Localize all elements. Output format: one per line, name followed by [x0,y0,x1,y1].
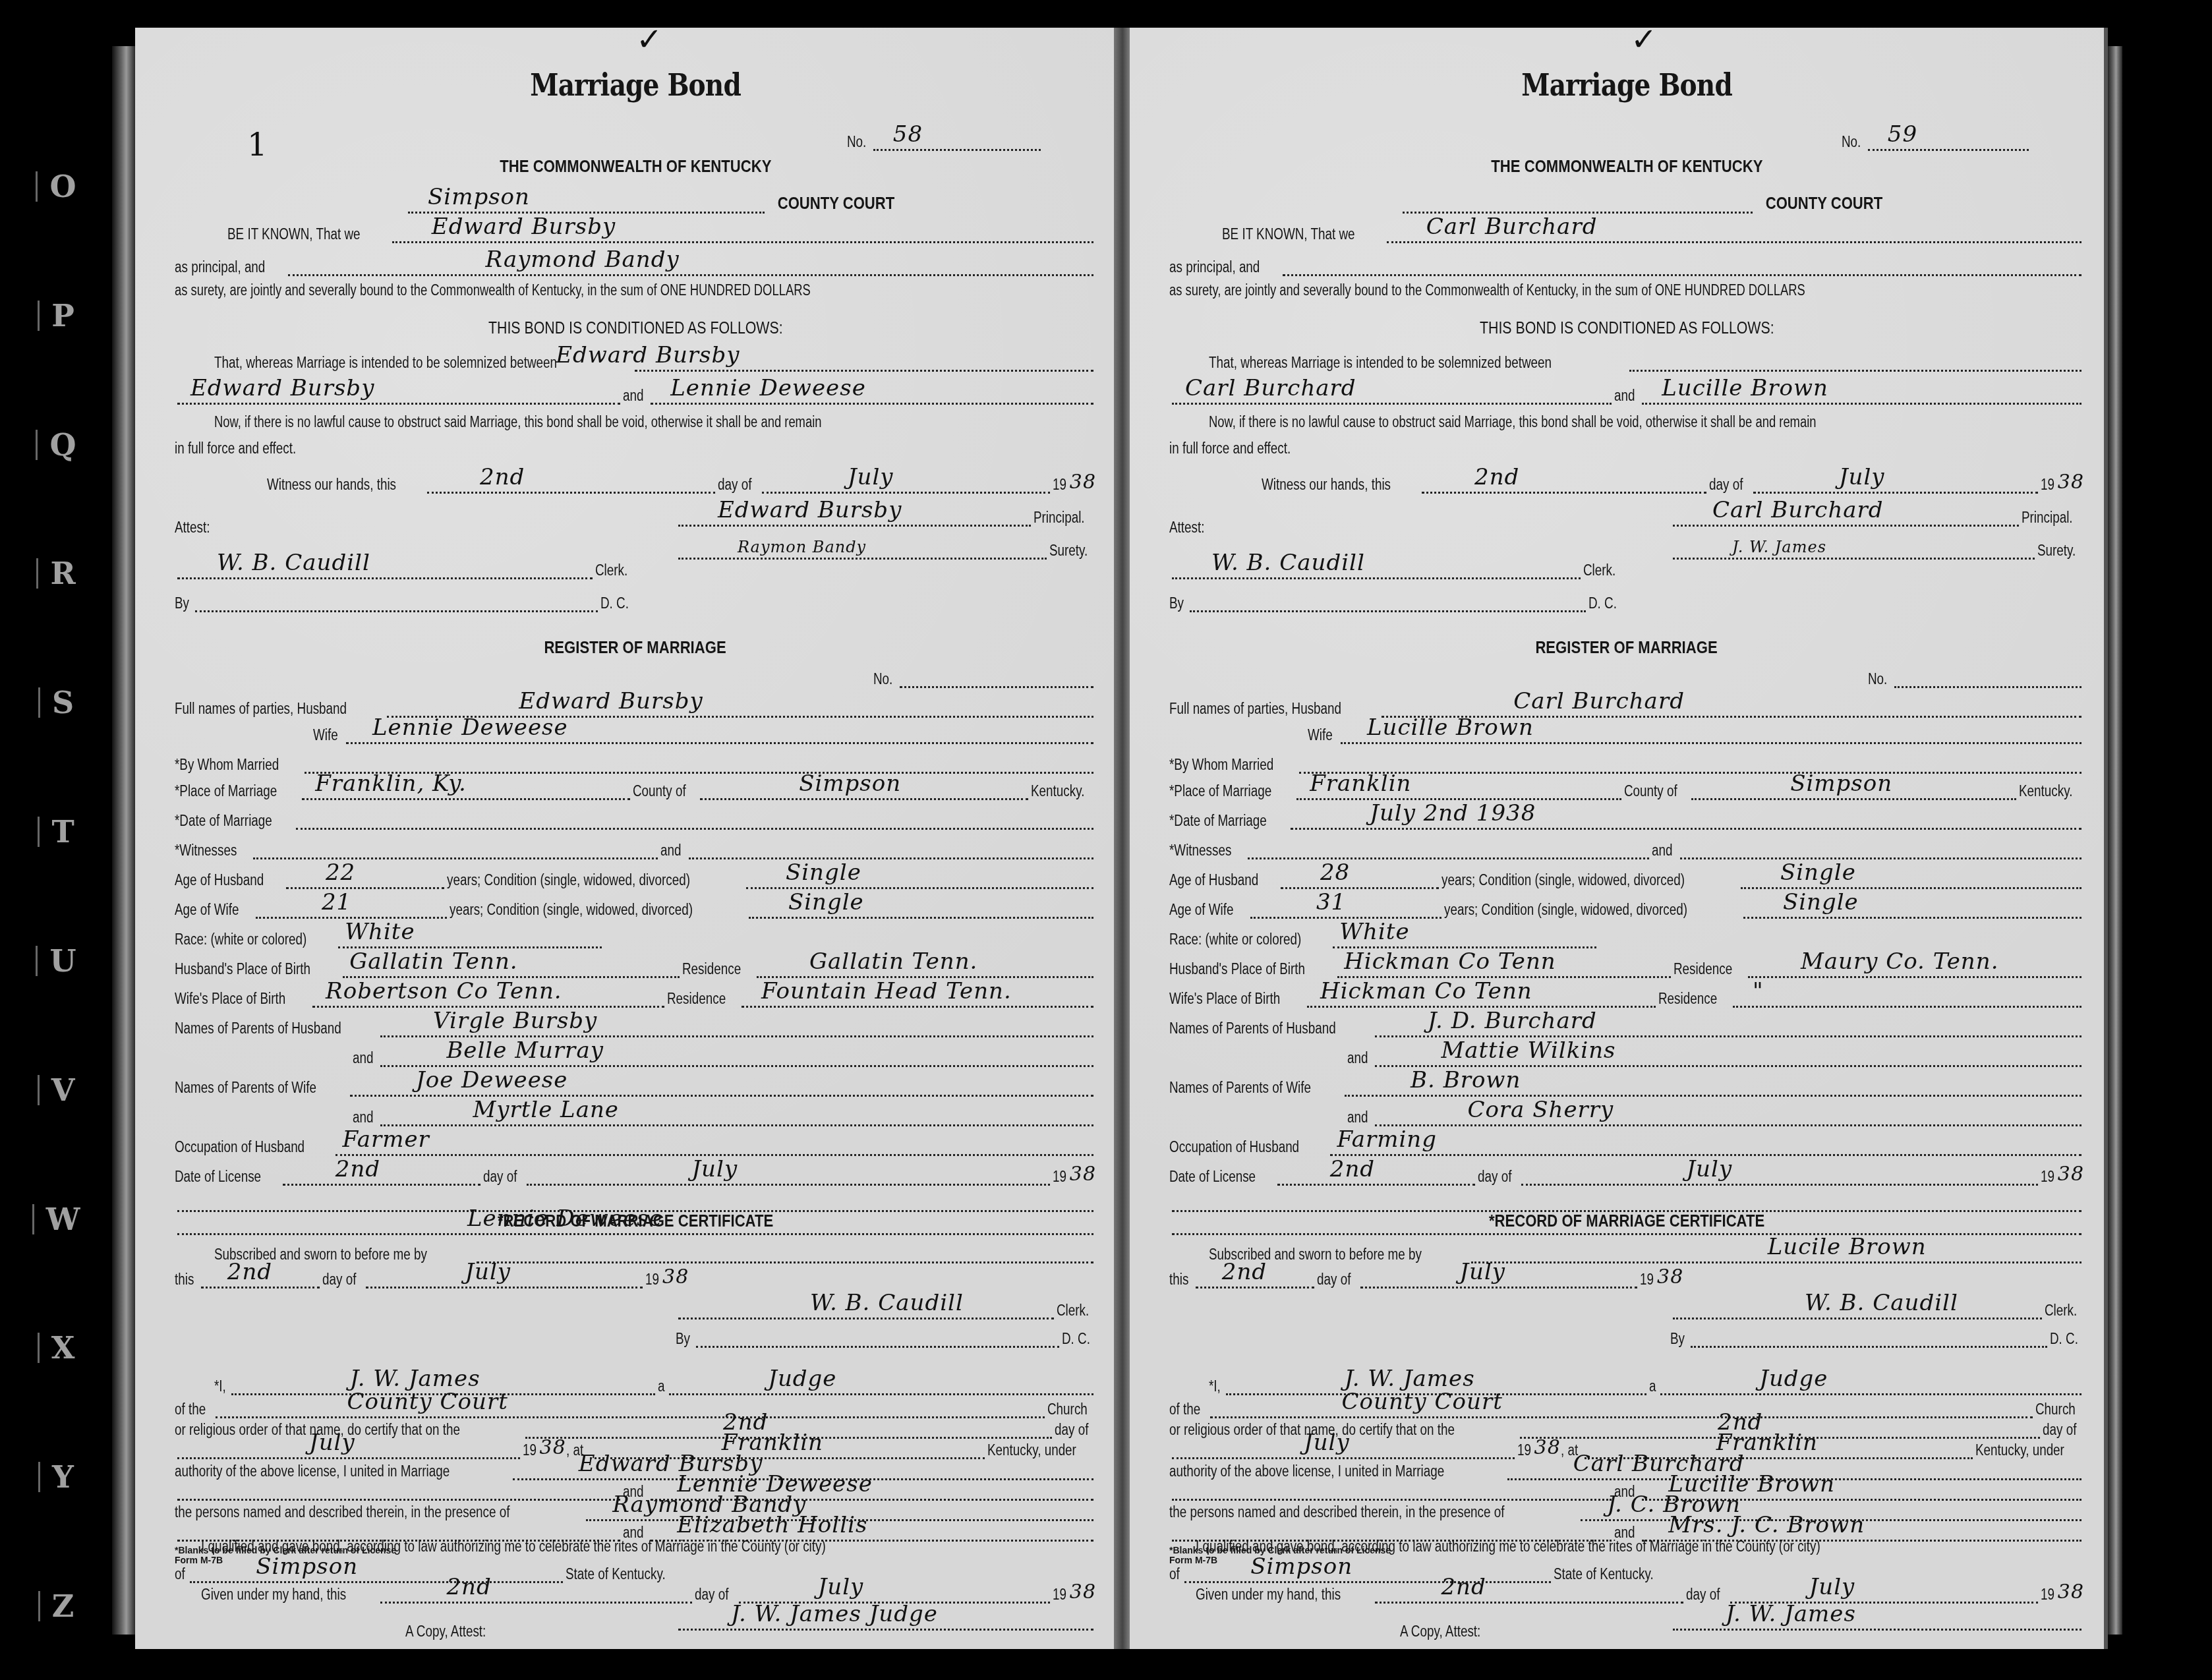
index-tab-v: V [38,1075,75,1105]
cert-church: County Court [1342,1389,1503,1415]
sworn-clerk-signature: W. B. Caudill [1805,1290,1958,1316]
year-prefix-label: 19 [2041,1586,2054,1604]
register-husband-name: Carl Burchard [1513,688,1685,714]
husband-father: J. D. Burchard [1428,1008,1597,1034]
index-tab-t: T [38,817,74,847]
given-under-label: Given under my hand, this [201,1586,346,1604]
parents-wife-label: Names of Parents of Wife [1169,1079,1311,1097]
year-prefix-label: 19 [645,1271,659,1289]
years-condition-label: years; Condition (single, widowed, divor… [1444,901,1687,919]
register-wife-name: Lucille Brown [1367,714,1534,741]
county-of-label: County of [633,782,686,800]
conditioned-heading: THIS BOND IS CONDITIONED AS FOLLOWS: [488,318,783,338]
occupation-of-husband: Farmer [342,1126,429,1153]
principal-label: Principal. [2022,509,2073,527]
cert-month: July [309,1430,355,1456]
race-value: White [345,919,415,945]
witness-hands-label: Witness our hands, this [267,476,396,494]
witness-day: 2nd [480,464,525,490]
be-it-known-label: BE IT KNOWN, That we [1222,225,1355,243]
day-of-label: day of [1686,1586,1720,1604]
cert-signature: J. W. James Judge [731,1601,938,1627]
county-value: Simpson [428,184,530,210]
index-tab-w: W [32,1204,80,1234]
certificate-heading: *RECORD OF MARRIAGE CERTIFICATE [1489,1211,1764,1231]
wife-father: Joe Deweese [416,1067,568,1093]
witness-year: 38 [1070,471,1096,494]
sworn-day: 2nd [1222,1259,1267,1285]
date-license-label: Date of License [175,1168,261,1186]
date-of-marriage-label: *Date of Marriage [175,812,272,830]
license-day: 2nd [1330,1156,1375,1182]
and-label: and [353,1049,373,1067]
surety-signature: J. W. James [1732,538,1826,556]
as-principal-label: as principal, and [175,258,265,276]
copy-attest-label: A Copy, Attest: [1400,1623,1480,1640]
bond-number: 59 [1888,121,1917,148]
parents-husband-label: Names of Parents of Husband [1169,1020,1336,1037]
occupation-label: Occupation of Husband [1169,1138,1299,1156]
county-court-label: COUNTY COURT [1766,193,1883,214]
years-condition-label: years; Condition (single, widowed, divor… [447,871,690,889]
clerk-label: Clerk. [1583,562,1615,579]
year-prefix-label: 19 [1640,1271,1654,1289]
principal-name: Carl Burchard [1426,214,1598,240]
cert-signature: J. W. James [1726,1601,1856,1627]
right-page-bond-59: ✓ Marriage Bond No. 59 THE COMMONWEALTH … [1130,28,2108,1649]
footnote: *Blanks to be filled by Clerk after retu… [1169,1546,1391,1566]
witnesses-label: *Witnesses [175,842,237,859]
between-line1: Edward Bursby [556,342,740,368]
wife-label: Wife [1308,726,1333,744]
marriage-bond-form: 1 ✓ Marriage Bond No. 58 THE COMMONWEALT… [175,28,1096,1649]
copy-attest-label: A Copy, Attest: [405,1623,486,1640]
bond-number: 58 [893,121,923,148]
residence-label: Residence [1674,960,1732,978]
check-mark: ✓ [636,21,662,58]
day-of-label: day of [1478,1168,1511,1186]
marriage-bond-form: ✓ Marriage Bond No. 59 THE COMMONWEALTH … [1169,28,2084,1649]
cert-title: Judge [768,1366,836,1392]
year-prefix: 19 [1053,476,1066,494]
by-whom-label: *By Whom Married [175,756,279,774]
commonwealth-heading: THE COMMONWEALTH OF KENTUCKY [500,156,771,177]
clerk-label: Clerk. [595,562,627,579]
witness-hands-label: Witness our hands, this [1262,476,1391,494]
race-label: Race: (white or colored) [1169,931,1301,948]
and-label: and [660,842,681,859]
wife-birth-label: Wife's Place of Birth [175,990,285,1008]
alphabet-index-tabs: OPQRSTUVWXYZ [26,171,86,1621]
register-heading: REGISTER OF MARRIAGE [1536,637,1718,658]
date-license-label: Date of License [1169,1168,1256,1186]
residence-label: Residence [1658,990,1717,1008]
occupation-label: Occupation of Husband [175,1138,305,1156]
husband-birth-label: Husband's Place of Birth [175,960,310,978]
day-of-label: day of [695,1586,728,1604]
license-day: 2nd [335,1156,380,1182]
principal-signature: Carl Burchard [1712,497,1884,523]
cert-witness-2: Elizabeth Hollis [677,1512,867,1538]
register-place: Franklin, Ky. [315,770,467,797]
kentucky-label: Kentucky. [1031,782,1084,800]
cert-church: County Court [347,1389,508,1415]
given-year: 38 [2058,1580,2084,1604]
book-gutter [1114,28,1131,1649]
residence-label: Residence [667,990,726,1008]
register-date: July 2nd 1938 [1370,800,1536,826]
witnesses-label: *Witnesses [1169,842,1231,859]
day-of-label: day of [483,1168,517,1186]
dc-label: D. C. [600,594,629,612]
register-place: Franklin [1310,770,1411,797]
surety-name: Raymond Bandy [486,246,680,273]
county-of-label: County of [1624,782,1677,800]
license-year: 38 [2058,1163,2084,1186]
sworn-month: July [1459,1259,1505,1285]
given-day: 2nd [1441,1574,1486,1600]
index-tab-u: U [36,946,76,976]
by-label: By [175,594,189,612]
form-title: Marriage Bond [1521,67,1732,103]
parents-husband-label: Names of Parents of Husband [175,1020,341,1037]
footnote: *Blanks to be filled by Clerk after retu… [175,1546,396,1566]
day-of-label: day of [718,476,751,494]
wife-residence: Fountain Head Tenn. [761,978,1012,1004]
index-tab-o: O [36,171,76,202]
certificate-heading: *RECORD OF MARRIAGE CERTIFICATE [498,1211,773,1231]
bride-name: Lennie Deweese [670,375,866,401]
cert-officiant: J. W. James [1345,1366,1475,1392]
be-it-known-label: BE IT KNOWN, That we [227,225,361,243]
clerk-label: Clerk. [1057,1302,1089,1319]
full-force-label: in full force and effect. [175,440,296,457]
sworn-by: Lucile Brown [1768,1234,1927,1260]
witness-month: July [1839,464,1885,490]
age-of-husband: 22 [326,859,355,886]
cert-officiant: J. W. James [350,1366,480,1392]
void-clause: Now, if there is no lawful cause to obst… [214,413,822,431]
register-county: Simpson [1790,770,1892,797]
index-tab-x: X [38,1333,75,1363]
condition-of-wife: Single [1783,889,1859,915]
witness-day: 2nd [1474,464,1519,490]
age-husband-label: Age of Husband [175,871,264,889]
register-no-label: No. [873,670,892,688]
index-tab-y: Y [38,1462,74,1492]
place-of-marriage-label: *Place of Marriage [175,782,277,800]
husband-mother: Mattie Wilkins [1441,1037,1615,1064]
surety-label: Surety. [2037,542,2076,560]
this-label: this [175,1271,194,1289]
residence-label: Residence [682,960,741,978]
given-year: 38 [1070,1580,1096,1604]
wife-place-of-birth: Robertson Co Tenn. [326,978,562,1004]
parents-wife-label: Names of Parents of Wife [175,1079,316,1097]
check-mark: ✓ [1631,21,1657,58]
this-label: this [1169,1271,1188,1289]
year-prefix-label: 19 [1053,1168,1066,1186]
date-of-marriage-label: *Date of Marriage [1169,812,1267,830]
surety-clause: as surety, are jointly and severally bou… [1169,281,1805,299]
wife-mother: Cora Sherry [1467,1097,1614,1123]
register-husband-name: Edward Bursby [519,688,703,714]
husband-residence: Gallatin Tenn. [809,948,977,975]
years-condition-label: years; Condition (single, widowed, divor… [450,901,693,919]
attest-clerk-signature: W. B. Caudill [1211,550,1365,576]
year-prefix: 19 [2041,476,2054,494]
index-tab-r: R [36,558,75,589]
index-tab-s: S [38,687,74,718]
license-month: July [691,1156,738,1182]
race-label: Race: (white or colored) [175,931,306,948]
given-month: July [1809,1574,1855,1600]
wife-birth-label: Wife's Place of Birth [1169,990,1280,1008]
given-month: July [818,1574,864,1600]
husband-mother: Belle Murray [446,1037,603,1064]
index-tab-q: Q [36,430,76,460]
year-prefix-label: 19 [2041,1168,2054,1186]
county-court-label: COUNTY COURT [778,193,895,214]
full-names-label: Full names of parties, Husband [175,700,347,718]
given-under-label: Given under my hand, this [1196,1586,1341,1604]
full-force-label: in full force and effect. [1169,440,1291,457]
place-of-marriage-label: *Place of Marriage [1169,782,1271,800]
sworn-clerk-signature: W. B. Caudill [810,1290,964,1316]
register-no-label: No. [1868,670,1887,688]
void-clause: Now, if there is no lawful cause to obst… [1209,413,1817,431]
groom-name: Carl Burchard [1185,375,1356,401]
year-prefix-label: 19 [1053,1586,1066,1604]
conditioned-heading: THIS BOND IS CONDITIONED AS FOLLOWS: [1480,318,1774,338]
bond-no-label: No. [1842,133,1861,151]
witness-year: 38 [2058,471,2084,494]
day-of-label: day of [1709,476,1743,494]
wife-mother: Myrtle Lane [473,1097,619,1123]
dc-label: D. C. [1062,1330,1090,1348]
attest-label: Attest: [1169,519,1204,536]
surety-label: Surety. [1049,542,1088,560]
index-tab-z: Z [38,1591,74,1621]
clerk-label: Clerk. [2045,1302,2077,1319]
condition-of-husband: Single [786,859,861,886]
years-condition-label: years; Condition (single, widowed, divor… [1441,871,1685,889]
by-label: By [1670,1330,1685,1348]
form-title: Marriage Bond [530,67,741,103]
and-label: and [1347,1049,1368,1067]
by-label: By [676,1330,690,1348]
bond-no-label: No. [847,133,866,151]
occupation-of-husband: Farming [1337,1126,1437,1153]
day-of-label: day of [1317,1271,1351,1289]
license-month: July [1686,1156,1732,1182]
as-principal-label: as principal, and [1169,258,1260,276]
license-year: 38 [1070,1163,1096,1186]
husband-place-of-birth: Hickman Co Tenn [1344,948,1556,975]
age-husband-label: Age of Husband [1169,871,1258,889]
condition-of-wife: Single [788,889,864,915]
principal-name: Edward Bursby [432,214,616,240]
bride-name: Lucille Brown [1662,375,1828,401]
day-of-label: day of [322,1271,356,1289]
book-edge-left [112,46,136,1635]
age-wife-label: Age of Wife [1169,901,1233,919]
whereas-label: That, whereas Marriage is intended to be… [1209,354,1552,372]
of-label: of [175,1565,185,1583]
husband-residence: Maury Co. Tenn. [1801,948,1999,975]
register-wife-name: Lennie Deweese [372,714,568,741]
index-tab-p: P [38,301,74,331]
cert-a-label: a [658,1377,664,1395]
condition-of-husband: Single [1780,859,1856,886]
attest-clerk-signature: W. B. Caudill [217,550,370,576]
race-value: White [1339,919,1410,945]
kentucky-label: Kentucky. [2019,782,2072,800]
of-label: of [1169,1565,1180,1583]
sworn-day: 2nd [227,1259,272,1285]
husband-place-of-birth: Gallatin Tenn. [349,948,517,975]
full-names-label: Full names of parties, Husband [1169,700,1341,718]
and-label: and [1347,1109,1368,1126]
principal-label: Principal. [1033,509,1085,527]
groom-name: Edward Bursby [190,375,374,401]
register-heading: REGISTER OF MARRIAGE [544,637,726,658]
by-whom-label: *By Whom Married [1169,756,1273,774]
and-label: and [1614,387,1635,405]
book-edge-right [2107,46,2122,1635]
wife-residence: " [1753,978,1764,1004]
register-county: Simpson [799,770,901,797]
dc-label: D. C. [2050,1330,2078,1348]
age-of-husband: 28 [1320,859,1350,886]
wife-label: Wife [313,726,338,744]
age-of-wife: 31 [1316,889,1346,915]
age-wife-label: Age of Wife [175,901,239,919]
cert-i-label: *I, [214,1377,226,1395]
husband-father: Virgle Bursby [433,1008,597,1034]
cert-month: July [1304,1430,1350,1456]
and-label: and [353,1109,373,1126]
principal-signature: Edward Bursby [718,497,902,523]
cert-a-label: a [1649,1377,1656,1395]
whereas-label: That, whereas Marriage is intended to be… [214,354,557,372]
husband-birth-label: Husband's Place of Birth [1169,960,1305,978]
age-of-wife: 21 [322,889,351,915]
wife-place-of-birth: Hickman Co Tenn [1320,978,1532,1004]
given-day: 2nd [446,1574,491,1600]
and-label: and [1652,842,1672,859]
wife-father: B. Brown [1411,1067,1521,1093]
witness-month: July [848,464,894,490]
surety-signature: Raymon Bandy [738,538,866,556]
attest-label: Attest: [175,519,210,536]
by-label: By [1169,594,1184,612]
left-page-bond-58: 1 ✓ Marriage Bond No. 58 THE COMMONWEALT… [135,28,1116,1649]
cert-i-label: *I, [1209,1377,1221,1395]
cert-witness-2: Mrs. J. C. Brown [1668,1512,1865,1538]
and-label: and [623,387,643,405]
commonwealth-heading: THE COMMONWEALTH OF KENTUCKY [1491,156,1762,177]
sworn-year: 38 [662,1265,689,1289]
sworn-month: July [465,1259,511,1285]
surety-clause: as surety, are jointly and severally bou… [175,281,811,299]
dc-label: D. C. [1588,594,1617,612]
sworn-year: 38 [1657,1265,1683,1289]
cert-title: Judge [1759,1366,1828,1392]
